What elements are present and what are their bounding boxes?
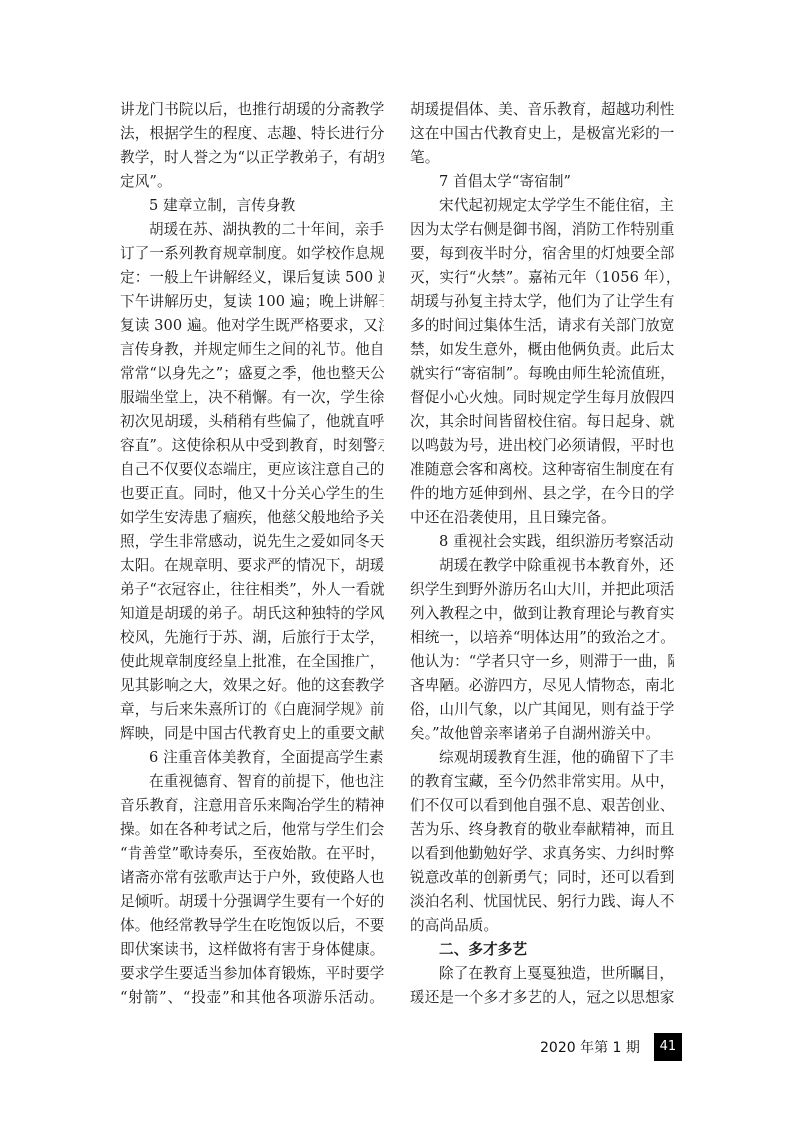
body-line: 操。如在各种考试之后，他常与学生们会于: [120, 818, 384, 842]
body-line: 自己不仅要仪态端庄，更应该注意自己的心: [120, 458, 384, 482]
body-line: 体。他经常教导学生在吃饱饭以后，不要立: [120, 914, 384, 938]
left-column: 讲龙门书院以后，也推行胡瑗的分斋教学 法，根据学生的程度、志趣、特长进行分斋 教…: [120, 98, 384, 1010]
body-line: 吝卑陋。必游四方，尽见人情物态，南北风: [410, 674, 674, 698]
body-line: 准随意会客和离校。这种寄宿生制度在有条: [410, 458, 674, 482]
body-line: 综观胡瑗教育生涯，他的确留下了丰富: [410, 746, 674, 770]
body-line: 禁，如发生意外，概由他俩负责。此后太学: [410, 338, 674, 362]
body-line: 章，与后来朱熹所订的《白鹿洞学规》前后: [120, 698, 384, 722]
body-line: 的高尚品质。: [410, 914, 674, 938]
body-line: 知道是胡瑗的弟子。胡氏这种独特的学风与: [120, 602, 384, 626]
body-line: 列入教程之中，做到让教育理论与教育实践: [410, 602, 674, 626]
body-line: 见其影响之大，效果之好。他的这套教学规: [120, 674, 384, 698]
body-line: 织学生到野外游历名山大川，并把此项活动: [410, 578, 674, 602]
body-line: 以看到他勤勉好学、求真务实、力纠时弊、: [410, 842, 674, 866]
body-line: 俗，山川气象，以广其闻见，则有益于学者: [410, 698, 674, 722]
body-line: 胡瑗在教学中除重视书本教育外，还组: [410, 554, 674, 578]
body-line: 照，学生非常感动，说先生之爱如同冬天的: [120, 530, 384, 554]
body-line: 常常“以身先之”；盛夏之季，他也整天公: [120, 362, 384, 386]
subsection-heading-6: 6 注重音体美教育，全面提高学生素质: [120, 746, 384, 770]
body-line: 次，其余时间皆留校住宿。每日起身、就寝: [410, 410, 674, 434]
subsection-heading-8: 8 重视社会实践，组织游历考察活动: [410, 530, 674, 554]
body-line: 锐意改革的创新勇气；同时，还可以看到他: [410, 866, 674, 890]
body-line: 太阳。在规章明、要求严的情况下，胡瑗的: [120, 554, 384, 578]
subsection-heading-5: 5 建章立制，言传身教: [120, 194, 384, 218]
body-line: 中还在沿袭使用，且日臻完备。: [410, 506, 674, 530]
body-line: 相统一，以培养“明体达用”的致治之才。: [410, 626, 674, 650]
body-line: 即伏案读书，这样做将有害于身体健康。他: [120, 938, 384, 962]
body-line: 讲龙门书院以后，也推行胡瑗的分斋教学: [120, 98, 384, 122]
body-line: 订了一系列教育规章制度。如学校作息规: [120, 242, 384, 266]
body-line: 音乐教育，注意用音乐来陶冶学生的精神情: [120, 794, 384, 818]
body-line: 多的时间过集体生活，请求有关部门放宽火: [410, 314, 674, 338]
body-line: 初次见胡瑗，头稍稍有些偏了，他就直呼“头: [120, 410, 384, 434]
body-line: 要求学生要适当参加体育锻炼，平时要学会: [120, 962, 384, 986]
body-line: 弟子“衣冠容止，往往相类”，外人一看就: [120, 578, 384, 602]
body-line: 言传身教，并规定师生之间的礼节。他自己: [120, 338, 384, 362]
body-line: 就实行“寄宿制”。每晚由师生轮流值班，: [410, 362, 674, 386]
body-line: “肯善堂”歌诗奏乐，至夜始散。在平时，: [120, 842, 384, 866]
page-number: 41: [654, 1033, 682, 1061]
body-line: 法，根据学生的程度、志趣、特长进行分斋: [120, 122, 384, 146]
body-line: 淡泊名利、忧国忧民、躬行力践、诲人不倦: [410, 890, 674, 914]
body-line: 们不仅可以看到他自强不息、艰苦创业、以: [410, 794, 674, 818]
body-line: 胡瑗与孙复主持太学，他们为了让学生有较: [410, 290, 674, 314]
body-line: 除了在教育上戛戛独造，世所瞩目，胡: [410, 962, 674, 986]
issue-label: 2020 年第 1 期: [540, 1037, 640, 1057]
body-line: 校风，先施行于苏、湖，后旅行于太学，并: [120, 626, 384, 650]
body-line: 因为太学右侧是御书阁，消防工作特别重: [410, 218, 674, 242]
body-line: 要，每到夜半时分，宿舍里的灯烛要全部熄: [410, 242, 674, 266]
body-line: 笔。: [410, 146, 674, 170]
body-line: 诸斋亦常有弦歌声达于户外，致使路人也驻: [120, 866, 384, 890]
body-line: 足倾听。胡瑗十分强调学生要有一个好的身: [120, 890, 384, 914]
body-line: 辉映，同是中国古代教育史上的重要文献。: [120, 722, 384, 746]
body-line: 的教育宝藏，至今仍然非常实用。从中，我: [410, 770, 674, 794]
body-line: 服端坐堂上，决不稍懈。有一次，学生徐积: [120, 386, 384, 410]
body-line: 使此规章制度经皇上批准，在全国推广，可: [120, 650, 384, 674]
body-line: 苦为乐、终身教育的敬业奉献精神，而且可: [410, 818, 674, 842]
body-line: 教学，时人誉之为“以正学教弟子，有胡安: [120, 146, 384, 170]
page-footer: 2020 年第 1 期 41: [540, 1032, 682, 1062]
body-line: 件的地方延伸到州、县之学，在今日的学校: [410, 482, 674, 506]
body-line: 胡瑗提倡体、美、音乐教育，超越功利性，: [410, 98, 674, 122]
body-line: 宋代起初规定太学学生不能住宿，主要: [410, 194, 674, 218]
body-line: 复读 300 遍。他对学生既严格要求，又注意: [120, 314, 384, 338]
body-line: 在重视德育、智育的前提下，他也注重: [120, 770, 384, 794]
body-line: 如学生安涛患了痼疾，他慈父般地给予关: [120, 506, 384, 530]
body-line: 容直”。这使徐积从中受到教育，时刻警示: [120, 434, 384, 458]
right-column: 胡瑗提倡体、美、音乐教育，超越功利性， 这在中国古代教育史上，是极富光彩的一 笔…: [410, 98, 674, 1010]
body-line: “射箭”、“投壶”和其他各项游乐活动。: [120, 986, 384, 1010]
section-heading: 二、多才多艺: [410, 938, 674, 962]
body-line: 瑗还是一个多才多艺的人，冠之以思想家、: [410, 986, 674, 1010]
body-line: 胡瑗在苏、湖执教的二十年间，亲手制: [120, 218, 384, 242]
body-line: 矣。”故他曾亲率诸弟子自湖州游关中。: [410, 722, 674, 746]
body-line: 他认为：“学者只守一乡，则滞于一曲，隘: [410, 650, 674, 674]
body-line: 也要正直。同时，他又十分关心学生的生活，: [120, 482, 384, 506]
body-line: 这在中国古代教育史上，是极富光彩的一: [410, 122, 674, 146]
body-line: 灭，实行“火禁”。嘉祐元年（1056 年），: [410, 266, 674, 290]
body-line: 以鸣鼓为号，进出校门必须请假，平时也不: [410, 434, 674, 458]
body-line: 督促小心火烛。同时规定学生每月放假四: [410, 386, 674, 410]
body-line: 定：一般上午讲解经义，课后复读 500 遍；: [120, 266, 384, 290]
subsection-heading-7: 7 首倡太学“寄宿制”: [410, 170, 674, 194]
body-line: 定风”。: [120, 170, 384, 194]
body-line: 下午讲解历史，复读 100 遍；晚上讲解子书，: [120, 290, 384, 314]
